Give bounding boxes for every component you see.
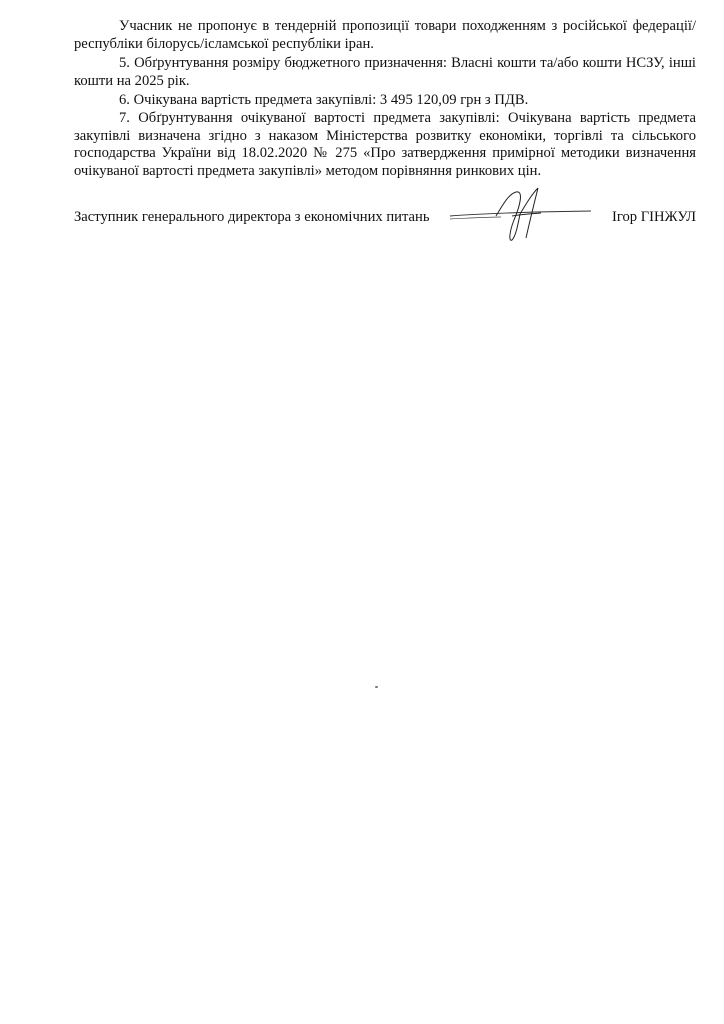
handwritten-signature-icon: [446, 186, 596, 246]
document-page: Учасник не пропонує в тендерній пропозиц…: [0, 0, 724, 1024]
expected-value-justification: 7. Обґрунтування очікуваної вартості пре…: [74, 110, 696, 180]
signatory-name: Ігор ГІНЖУЛ: [612, 209, 696, 227]
origin-statement: Учасник не пропонує в тендерній пропозиц…: [74, 18, 696, 53]
scan-speck: [375, 686, 378, 688]
signature-block: Заступник генерального директора з еконо…: [74, 209, 696, 239]
budget-justification: 5. Обґрунтування розміру бюджетного приз…: [74, 55, 696, 90]
expected-value: 6. Очікувана вартість предмета закупівлі…: [74, 92, 696, 110]
signatory-position: Заступник генерального директора з еконо…: [74, 209, 429, 227]
